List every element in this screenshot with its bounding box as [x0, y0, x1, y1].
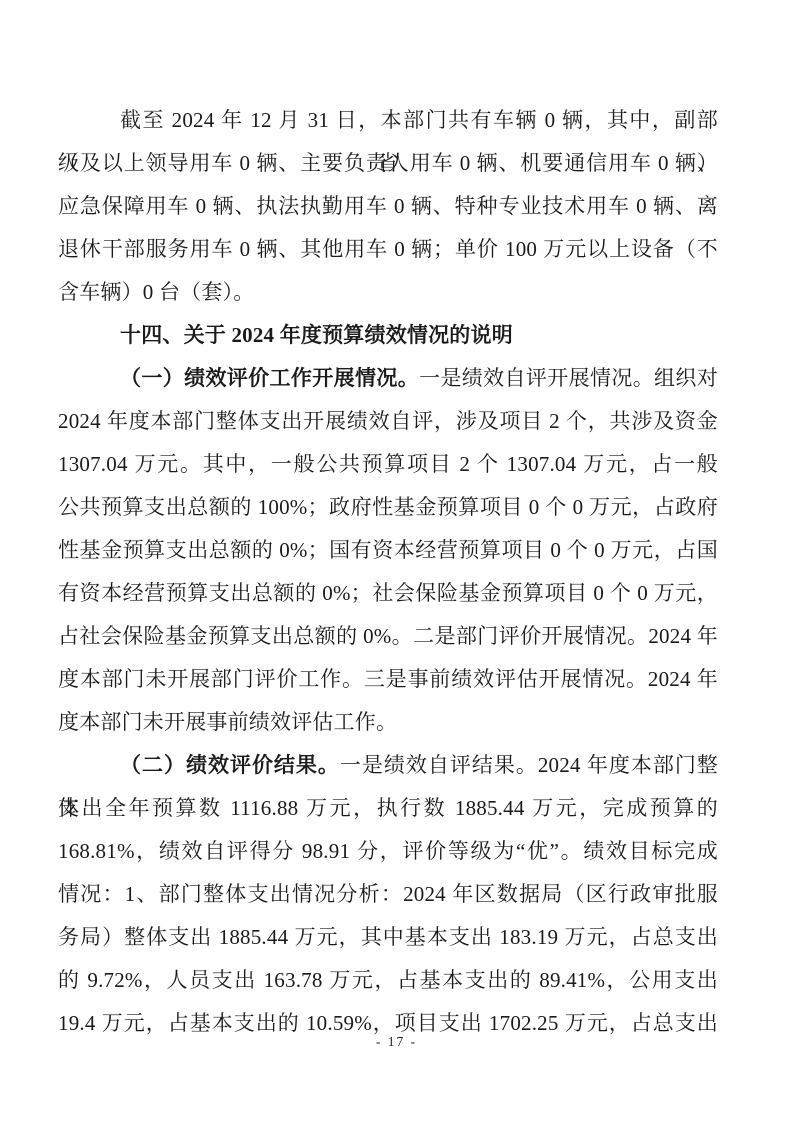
- page-number: - 17 -: [0, 1032, 793, 1052]
- text-line: 支出全年预算数 1116.88 万元，执行数 1885.44 万元，完成预算的: [58, 787, 718, 830]
- bold-run: 十四、关于 2024 年度预算绩效情况的说明: [120, 323, 513, 347]
- text-line: 情况：1、部门整体支出情况分析：2024 年区数据局（区行政审批服: [58, 873, 718, 916]
- text-line: 含车辆）0 台（套）。: [58, 271, 718, 314]
- text-line: 2024 年度本部门整体支出开展绩效自评，涉及项目 2 个，共涉及资金: [58, 400, 718, 443]
- text-line: 性基金预算支出总额的 0%；国有资本经营预算项目 0 个 0 万元，占国: [58, 529, 718, 572]
- text-line: 退休干部服务用车 0 辆、其他用车 0 辆；单价 100 万元以上设备（不: [58, 228, 718, 271]
- text-line: 占社会保险基金预算支出总额的 0%。二是部门评价开展情况。2024 年: [58, 615, 718, 658]
- bold-run: （二）绩效评价结果。: [120, 753, 340, 777]
- text-line: 务局）整体支出 1885.44 万元，其中基本支出 183.19 万元，占总支出: [58, 916, 718, 959]
- text-line: （一）绩效评价工作开展情况。一是绩效自评开展情况。组织对: [58, 357, 718, 400]
- document-body: 截至 2024 年 12 月 31 日，本部门共有车辆 0 辆，其中，副部（省）…: [58, 99, 718, 1045]
- text-line: 1307.04 万元。其中，一般公共预算项目 2 个 1307.04 万元，占一…: [58, 443, 718, 486]
- section-heading-line: 十四、关于 2024 年度预算绩效情况的说明: [58, 314, 718, 357]
- text-line: 截至 2024 年 12 月 31 日，本部门共有车辆 0 辆，其中，副部（省）: [58, 99, 718, 142]
- bold-run: （一）绩效评价工作开展情况。: [120, 366, 419, 390]
- text-line: 168.81%，绩效自评得分 98.91 分，评价等级为“优”。绩效目标完成: [58, 830, 718, 873]
- text-line: 应急保障用车 0 辆、执法执勤用车 0 辆、特种专业技术用车 0 辆、离: [58, 185, 718, 228]
- text-line: 度本部门未开展部门评价工作。三是事前绩效评估开展情况。2024 年: [58, 658, 718, 701]
- text-line: 度本部门未开展事前绩效评估工作。: [58, 701, 718, 744]
- text-line: 级及以上领导用车 0 辆、主要负责人用车 0 辆、机要通信用车 0 辆、: [58, 142, 718, 185]
- text-line: 的 9.72%，人员支出 163.78 万元，占基本支出的 89.41%，公用支…: [58, 959, 718, 1002]
- text-line: （二）绩效评价结果。一是绩效自评结果。2024 年度本部门整体: [58, 744, 718, 787]
- text-line: 有资本经营预算支出总额的 0%；社会保险基金预算项目 0 个 0 万元，: [58, 572, 718, 615]
- document-page: 截至 2024 年 12 月 31 日，本部门共有车辆 0 辆，其中，副部（省）…: [0, 0, 793, 1122]
- text-line: 公共预算支出总额的 100%；政府性基金预算项目 0 个 0 万元，占政府: [58, 486, 718, 529]
